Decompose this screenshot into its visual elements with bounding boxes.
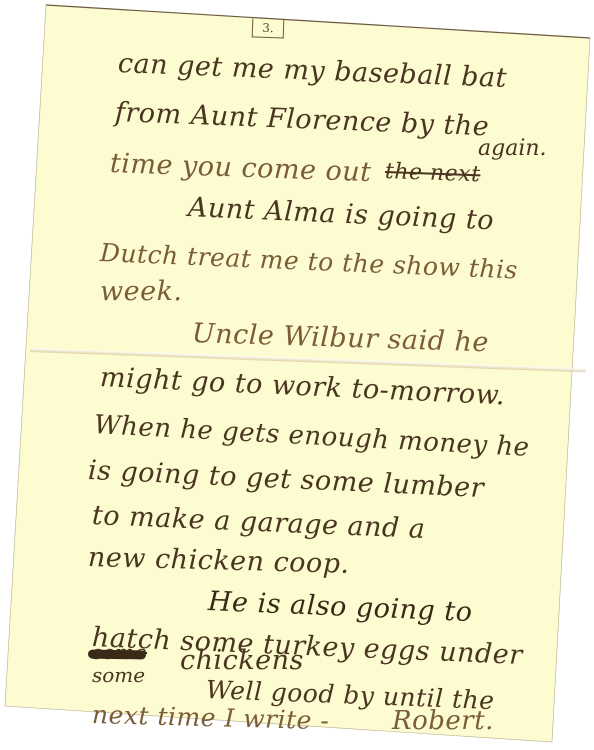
letter-line: next time I write - — [92, 700, 330, 735]
page-number: 3. — [252, 18, 285, 38]
inserted-text: again. — [478, 136, 547, 161]
letter-page: 3. can get me my baseball bat from Aunt … — [0, 0, 594, 750]
inserted-text: some — [92, 663, 145, 687]
signature: Robert. — [392, 706, 494, 736]
letter-line: week. — [100, 276, 183, 307]
letter-line: chickens — [180, 645, 304, 676]
struck-text: the next — [385, 159, 481, 187]
struck-text: some — [92, 640, 147, 664]
